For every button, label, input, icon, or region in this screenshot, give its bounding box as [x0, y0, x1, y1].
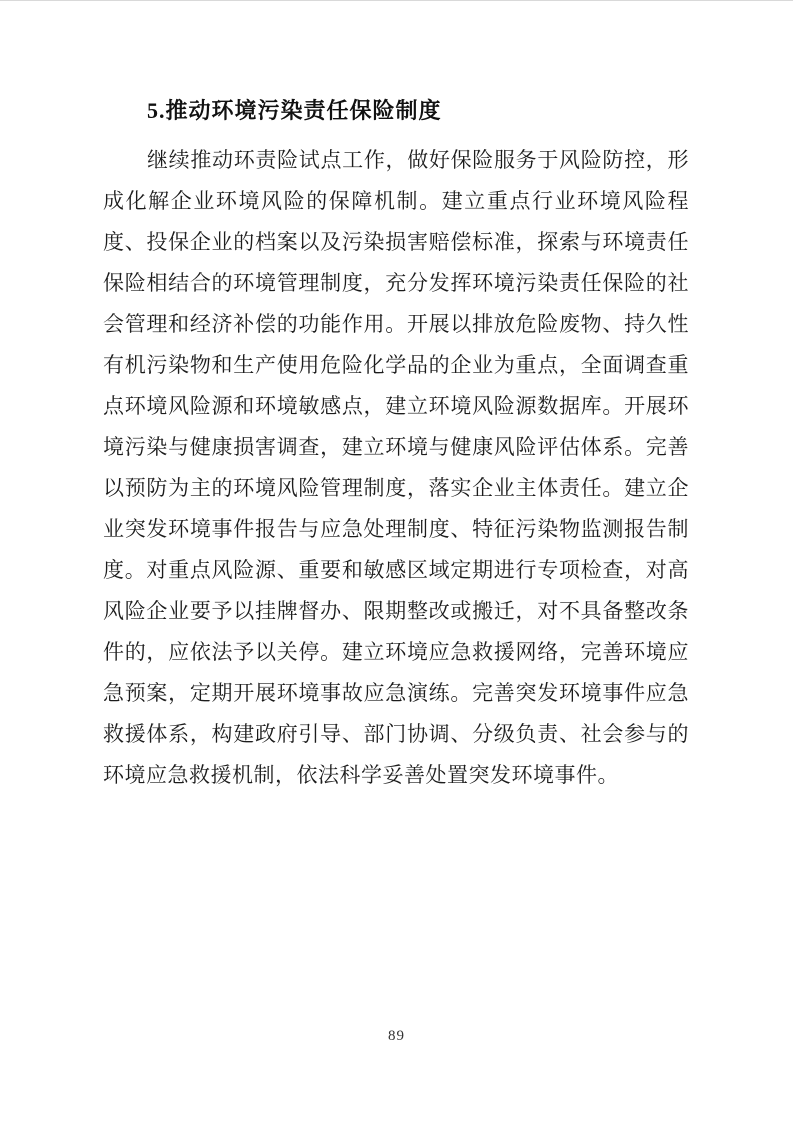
document-content: 5.推动环境污染责任保险制度 继续推动环责险试点工作，做好保险服务于风险防控，形… [103, 95, 689, 796]
page-footer: 89 [0, 1027, 793, 1045]
page-number: 89 [388, 1028, 405, 1044]
page-top-edge-divider [0, 0, 793, 1]
body-paragraph: 继续推动环责险试点工作，做好保险服务于风险防控，形成化解企业环境风险的保障机制。… [103, 140, 689, 796]
document-page: { "page": { "heading": "5.推动环境污染责任保险制度",… [0, 0, 793, 1122]
section-heading: 5.推动环境污染责任保险制度 [103, 95, 689, 127]
